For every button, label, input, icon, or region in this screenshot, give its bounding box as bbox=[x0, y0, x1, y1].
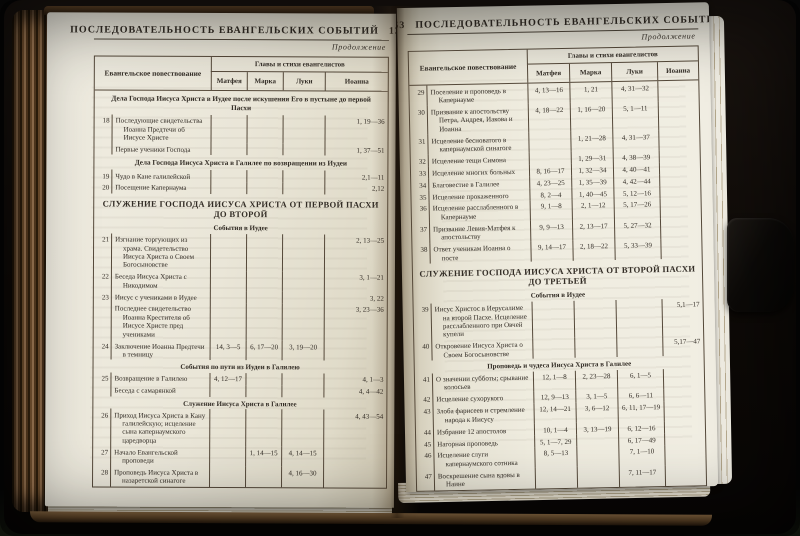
cell-text: Призвание Левия-Матфея к апостольству bbox=[429, 221, 530, 243]
cell-text: Первые ученики Господа bbox=[111, 143, 210, 155]
cell-text: Исцеление бесноватого в капернаумской си… bbox=[427, 133, 528, 155]
table-row: 24Заключение Иоанна Предтечи в темницу14… bbox=[94, 340, 387, 362]
table-row: 26Приход Иисуса Христа в Кану галилейску… bbox=[93, 408, 386, 446]
table-row: Первые ученики Господа1, 37—51 bbox=[94, 143, 387, 156]
cell-text: Изгнание торгующих из храма. Свидетельст… bbox=[111, 233, 210, 271]
cell-lk: 6, 6—11 bbox=[617, 389, 663, 402]
cell-mk bbox=[246, 303, 282, 340]
cell-text: Призвание к апостольству Петра, Андрея, … bbox=[427, 104, 529, 135]
cell-lk bbox=[615, 299, 662, 337]
column-header-luke: Луки bbox=[283, 72, 325, 90]
cell-jn bbox=[664, 420, 705, 433]
column-header-mark: Марка bbox=[247, 72, 283, 90]
cell-num: 23 bbox=[94, 291, 111, 303]
cell-mt bbox=[528, 132, 570, 153]
cell-num: 41 bbox=[415, 373, 432, 394]
cell-num bbox=[93, 384, 110, 396]
cell-jn bbox=[324, 341, 387, 362]
cell-mk: 1, 14—15 bbox=[245, 446, 281, 466]
cell-mk: 2, 18—22 bbox=[572, 240, 614, 261]
cell-num: 19 bbox=[94, 169, 111, 181]
cell-mk bbox=[574, 337, 616, 358]
cell-num: 28 bbox=[93, 466, 110, 486]
cell-num: 39 bbox=[414, 303, 432, 340]
cell-lk: 4, 14—15 bbox=[281, 446, 323, 466]
column-header-matthew: Матфея bbox=[211, 72, 247, 90]
cell-mk bbox=[245, 373, 281, 385]
cell-mt: 4, 13—16 bbox=[527, 83, 569, 104]
cell-mt: 10, 1—4 bbox=[534, 423, 576, 436]
cell-lk: 3, 19—20 bbox=[282, 340, 324, 360]
cell-lk bbox=[283, 115, 325, 144]
table-row: 21Изгнание торгующих из храма. Свидетель… bbox=[94, 233, 387, 271]
cell-lk: 4, 40—41 bbox=[613, 162, 659, 175]
cell-jn: 2,1—11 bbox=[324, 170, 387, 182]
cell-mk bbox=[573, 300, 616, 338]
cell-mk: 2, 23—28 bbox=[575, 370, 617, 391]
running-title: ПОСЛЕДОВАТЕЛЬНОСТЬ ЕВАНГЕЛЬСКИХ СОБЫТИЙ bbox=[70, 24, 379, 36]
cell-lk: 5, 1—11 bbox=[612, 101, 659, 131]
cell-text: Беседа с самарянкой bbox=[110, 384, 209, 396]
cell-jn: 4, 43—54 bbox=[323, 409, 386, 446]
cell-num: 31 bbox=[410, 135, 427, 156]
cell-num: 30 bbox=[410, 106, 428, 135]
cell-mt: 4, 12—17 bbox=[209, 373, 245, 385]
cell-mk bbox=[246, 143, 282, 155]
cell-jn bbox=[664, 444, 705, 465]
left-page: ПОСЛЕДОВАТЕЛЬНОСТЬ ЕВАНГЕЛЬСКИХ СОБЫТИЙ … bbox=[45, 12, 396, 508]
cell-num: 46 bbox=[416, 449, 433, 470]
cell-mk: 1, 35—39 bbox=[571, 175, 613, 188]
column-header-luke: Луки bbox=[611, 62, 657, 81]
cell-mt: 12, 14—21 bbox=[533, 403, 575, 424]
cell-num: 18 bbox=[95, 114, 112, 143]
cell-lk bbox=[282, 144, 324, 156]
cell-lk: 4, 42—44 bbox=[613, 174, 659, 187]
cell-num: 33 bbox=[411, 167, 428, 179]
cell-lk bbox=[616, 336, 662, 357]
cell-jn: 3, 1—21 bbox=[324, 271, 387, 292]
left-page-header: ПОСЛЕДОВАТЕЛЬНОСТЬ ЕВАНГЕЛЬСКИХ СОБЫТИЙ … bbox=[94, 24, 389, 36]
table-row: 20Посещение Капернаума2,12 bbox=[94, 181, 387, 194]
cell-mt: 9, 14—17 bbox=[530, 240, 572, 261]
cell-text: Исцеление расслабленного в Капернауме bbox=[429, 201, 530, 223]
chapter-heading: СЛУЖЕНИЕ ГОСПОДА ИИСУСА ХРИСТА ОТ ПЕРВОЙ… bbox=[94, 193, 387, 222]
cell-mk bbox=[245, 409, 281, 446]
table-row: 27Начало Евангельской проповеди1, 14—154… bbox=[93, 446, 386, 468]
cell-text: Чудо в Кане галилейской bbox=[111, 170, 210, 182]
cell-jn bbox=[659, 162, 700, 175]
cell-mt: 8, 16—17 bbox=[529, 164, 571, 177]
cell-jn bbox=[659, 174, 700, 187]
cell-text: Исцеление слуги капернаумского сотника bbox=[433, 448, 534, 470]
cell-text: Воскрешение сына вдовы в Наине bbox=[434, 468, 535, 490]
cell-mt bbox=[210, 170, 246, 182]
cell-mk: 1, 21 bbox=[569, 82, 611, 103]
cell-mk bbox=[576, 446, 618, 467]
column-header-john: Иоанна bbox=[657, 61, 698, 80]
cell-mk: 3, 13—19 bbox=[576, 422, 618, 435]
cell-jn: 4, 1—3 bbox=[323, 373, 386, 385]
cell-mt bbox=[529, 152, 571, 165]
table-row: 39Иисус Христос в Иерусалиме на второй П… bbox=[414, 298, 704, 341]
cell-num bbox=[94, 143, 111, 155]
cell-jn bbox=[658, 101, 700, 131]
cell-num: 44 bbox=[416, 426, 433, 438]
cell-num: 36 bbox=[412, 203, 429, 224]
cell-num: 27 bbox=[93, 446, 110, 466]
book-clasp bbox=[727, 218, 794, 312]
table-row: Беседа с самарянкой4, 4—42 bbox=[93, 384, 386, 397]
cell-text: Приход Иисуса Христа в Кану галилейскую;… bbox=[110, 409, 209, 447]
continuation-label: Продолжение bbox=[94, 41, 386, 51]
photo-backdrop: ПОСЛЕДОВАТЕЛЬНОСТЬ ЕВАНГЕЛЬСКИХ СОБЫТИЙ … bbox=[0, 0, 800, 536]
cell-num: 32 bbox=[411, 155, 428, 167]
cell-text: Заключение Иоанна Предтечи в темницу bbox=[111, 340, 210, 361]
table-row: 47Воскрешение сына вдовы в Наине7, 11—17 bbox=[417, 465, 706, 491]
cell-mk bbox=[246, 234, 282, 271]
cell-mk: 3, 6—12 bbox=[575, 402, 617, 423]
cell-lk bbox=[282, 291, 324, 303]
cell-lk: 4, 38—39 bbox=[613, 150, 659, 163]
cell-lk: 7, 1—10 bbox=[618, 445, 664, 466]
cell-num: 34 bbox=[411, 179, 428, 191]
table-row: 18Последующие свидетельства Иоанна Предт… bbox=[95, 114, 388, 144]
cell-num: 25 bbox=[93, 372, 110, 384]
cell-mt: 14, 3—5 bbox=[210, 340, 246, 360]
cell-lk: 5, 27—32 bbox=[614, 218, 660, 239]
table-row: 28Проповедь Иисуса Христа в назаретской … bbox=[93, 466, 386, 488]
cell-jn bbox=[659, 185, 700, 198]
right-page: 1363 ПОСЛЕДОВАТЕЛЬНОСТЬ ЕВАНГЕЛЬСКИХ СОБ… bbox=[397, 2, 718, 492]
cell-lk bbox=[282, 170, 324, 182]
header-rule bbox=[94, 38, 389, 40]
cell-text: Откровение Иисуса Христа о Своем Богосын… bbox=[431, 338, 532, 360]
cell-num: 35 bbox=[411, 191, 428, 203]
cell-jn bbox=[658, 129, 699, 150]
cell-text: Ответ ученикам Иоанна о посте bbox=[429, 241, 530, 263]
cell-text: Иисус Христос в Иерусалиме на второй Пас… bbox=[431, 301, 533, 340]
cell-jn bbox=[663, 400, 704, 421]
cell-num: 42 bbox=[415, 393, 432, 405]
cell-mk: 1, 29—31 bbox=[571, 151, 613, 164]
cell-jn: 5,17—47 bbox=[662, 335, 703, 356]
cell-jn bbox=[660, 197, 701, 218]
cell-mk bbox=[247, 115, 283, 144]
open-book: ПОСЛЕДОВАТЕЛЬНОСТЬ ЕВАНГЕЛЬСКИХ СОБЫТИЙ … bbox=[0, 0, 800, 536]
cell-mt bbox=[209, 466, 245, 486]
cell-num: 22 bbox=[94, 270, 111, 290]
cell-lk bbox=[282, 303, 324, 340]
gospel-events-table: Евангельское повествование Главы и стихи… bbox=[408, 45, 707, 491]
cell-text: Начало Евангельской проповеди bbox=[110, 446, 209, 467]
cell-jn bbox=[665, 465, 706, 486]
cell-jn: 3, 22 bbox=[324, 292, 387, 304]
cell-jn bbox=[323, 467, 386, 488]
cell-mk: 6, 17—20 bbox=[246, 340, 282, 360]
cell-lk: 4, 31—37 bbox=[612, 130, 658, 151]
cell-mk bbox=[577, 466, 619, 487]
cell-lk: 5, 17—26 bbox=[614, 198, 660, 219]
cell-mk: 3, 1—5 bbox=[575, 390, 617, 403]
cell-num: 40 bbox=[414, 340, 431, 361]
section-heading: Дела Господа Иисуса Христа в Иудее после… bbox=[95, 90, 388, 115]
cell-mk: 2, 1—12 bbox=[572, 199, 614, 220]
cell-lk: 6, 11, 17—19 bbox=[617, 401, 663, 422]
cell-mt bbox=[535, 467, 577, 488]
cell-text: Проповедь Иисуса Христа в назаретской си… bbox=[110, 466, 209, 487]
narrative-column-header: Евангельское повествование bbox=[409, 50, 528, 85]
cell-mk: 1, 21—28 bbox=[570, 131, 612, 152]
cell-mt: 12, 9—13 bbox=[533, 391, 575, 404]
cell-mt bbox=[209, 409, 245, 446]
cell-lk bbox=[282, 234, 324, 271]
cell-mk bbox=[246, 291, 282, 303]
table-body: Дела Господа Иисуса Христа в Иудее после… bbox=[93, 90, 388, 487]
cell-mt bbox=[210, 143, 246, 155]
cell-mt: 9, 9—13 bbox=[530, 220, 572, 241]
cell-num: 21 bbox=[94, 233, 111, 270]
cell-num: 24 bbox=[94, 340, 111, 360]
cell-lk bbox=[282, 182, 324, 194]
cell-jn: 3, 23—36 bbox=[324, 303, 387, 340]
cell-mt: 4, 18—22 bbox=[528, 103, 571, 133]
table-header: Евангельское повествование Главы и стихи… bbox=[409, 46, 699, 86]
cell-lk: 6, 12—16 bbox=[618, 421, 664, 434]
cell-jn bbox=[664, 432, 705, 445]
cell-mk: 1, 16—20 bbox=[570, 102, 613, 132]
cell-mt: 12, 1—8 bbox=[533, 370, 575, 391]
column-header-matthew: Матфея bbox=[527, 64, 569, 83]
cell-mk bbox=[245, 467, 281, 487]
cell-lk: 4, 31—32 bbox=[611, 81, 657, 102]
cell-lk bbox=[281, 409, 323, 446]
cell-jn bbox=[323, 447, 386, 468]
cell-mt bbox=[210, 303, 246, 340]
cell-jn: 1, 37—51 bbox=[324, 144, 387, 156]
cell-num: 43 bbox=[415, 405, 432, 426]
cell-mk bbox=[246, 170, 282, 182]
cell-num bbox=[94, 302, 111, 339]
cell-num: 26 bbox=[93, 408, 110, 445]
cell-mk bbox=[246, 271, 282, 291]
cell-jn: 2, 13—25 bbox=[324, 234, 387, 271]
cell-mt bbox=[210, 291, 246, 303]
cell-mt bbox=[210, 271, 246, 291]
table-row: Последнее свидетельство Иоанна Крестител… bbox=[94, 302, 387, 340]
narrative-column-header: Евангельское повествование bbox=[95, 56, 211, 90]
cell-mt: 4, 23—25 bbox=[529, 176, 571, 189]
cell-mt: 9, 1—8 bbox=[530, 200, 572, 221]
cell-mk bbox=[245, 385, 281, 397]
table-body: 29Поселение и проповедь в Капернауме4, 1… bbox=[409, 80, 706, 490]
cell-mk: 2, 13—17 bbox=[572, 219, 614, 240]
cell-mt: 5, 1—7, 29 bbox=[534, 435, 576, 448]
cell-lk bbox=[281, 373, 323, 385]
cell-mk: 1, 40—45 bbox=[571, 187, 613, 200]
cell-text: Иисус с учениками в Иудее bbox=[111, 291, 210, 303]
section-heading: Дела Господа Иисуса Христа в Галилее по … bbox=[94, 155, 387, 171]
cell-jn: 1, 19—36 bbox=[325, 115, 388, 144]
cell-lk: 7, 11—17 bbox=[619, 465, 665, 486]
cell-text: Возвращение в Галилею bbox=[110, 372, 209, 384]
cell-lk: 6, 17—49 bbox=[618, 433, 664, 446]
cell-jn bbox=[659, 150, 700, 163]
cell-mt: 8, 2—4 bbox=[529, 188, 571, 201]
cell-num: 37 bbox=[412, 223, 429, 244]
cell-jn bbox=[660, 218, 701, 239]
cell-text: Беседа Иисуса Христа с Никодимом bbox=[111, 270, 210, 291]
chapters-group-header: Главы и стихи евангелистов bbox=[211, 57, 388, 73]
cell-mt bbox=[210, 182, 246, 194]
cell-text: Поселение и проповедь в Капернауме bbox=[426, 84, 527, 106]
cell-text: Злоба фарисеев и стремление народа к Иис… bbox=[432, 403, 533, 425]
cell-mt bbox=[532, 338, 574, 359]
cell-lk: 5, 33—39 bbox=[614, 239, 660, 260]
cell-lk bbox=[282, 271, 324, 291]
page-number: 1363 bbox=[397, 20, 406, 31]
page-number: 1362 bbox=[389, 26, 396, 37]
cell-num: 38 bbox=[412, 243, 429, 264]
cell-lk bbox=[281, 385, 323, 397]
cell-jn bbox=[660, 238, 701, 259]
cell-num: 45 bbox=[416, 438, 433, 450]
cell-num: 47 bbox=[417, 470, 434, 491]
cell-text: Посещение Капернаума bbox=[111, 181, 210, 193]
cell-mt bbox=[532, 301, 575, 339]
cell-lk: 6, 1—5 bbox=[617, 369, 663, 390]
cell-lk: 4, 16—30 bbox=[281, 467, 323, 487]
cell-jn: 5,1—17 bbox=[661, 298, 703, 336]
cell-num: 29 bbox=[409, 86, 426, 107]
cell-jn bbox=[663, 368, 704, 389]
cell-text: Последнее свидетельство Иоанна Крестител… bbox=[111, 303, 210, 341]
table-header: Евангельское повествование Главы и стихи… bbox=[95, 56, 388, 91]
cell-num: 20 bbox=[94, 181, 111, 193]
cell-text: О значении субботы; срывание колосьев bbox=[432, 371, 533, 393]
cell-lk: 5, 12—16 bbox=[613, 186, 659, 199]
cell-mt: 8, 5—13 bbox=[534, 447, 576, 468]
cell-text: Последующие свидетельства Иоанна Предтеч… bbox=[112, 114, 211, 143]
column-header-john: Иоанна bbox=[325, 72, 388, 90]
cell-jn: 4, 4—42 bbox=[323, 385, 386, 397]
cell-mk: 1, 32—34 bbox=[571, 163, 613, 176]
table-row: 22Беседа Иисуса Христа с Никодимом3, 1—2… bbox=[94, 270, 387, 292]
cell-mk bbox=[576, 434, 618, 447]
cell-mt bbox=[209, 385, 245, 397]
cell-mt bbox=[210, 234, 246, 271]
cell-jn bbox=[663, 388, 704, 401]
column-header-mark: Марка bbox=[569, 63, 611, 82]
cell-mt bbox=[211, 115, 247, 144]
gospel-events-table: Евангельское повествование Главы и стихи… bbox=[92, 55, 389, 488]
cell-mk bbox=[246, 182, 282, 194]
cell-jn: 2,12 bbox=[324, 182, 387, 194]
cell-jn bbox=[657, 80, 698, 101]
cell-mt bbox=[209, 446, 245, 466]
